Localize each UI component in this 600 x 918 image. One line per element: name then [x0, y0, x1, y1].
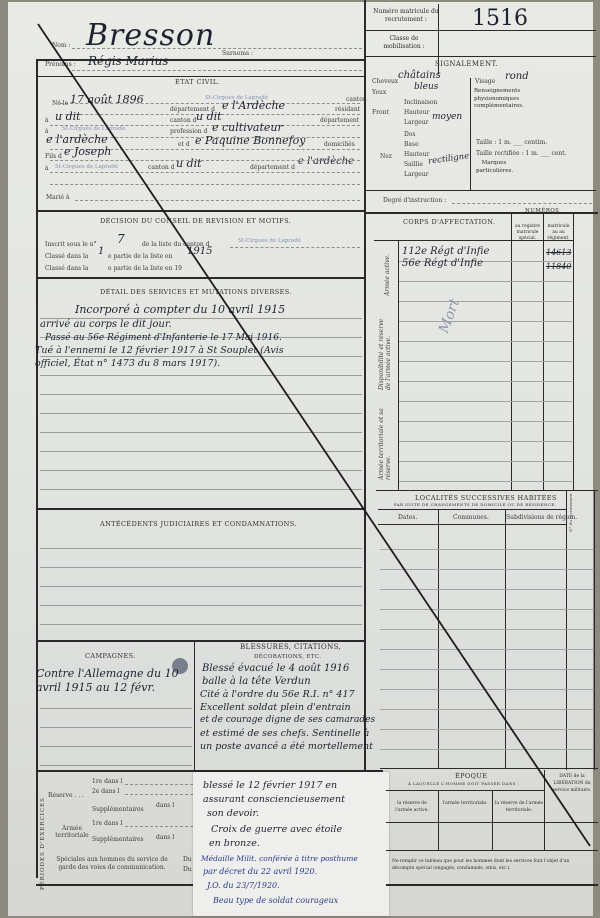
- canton-stamp: St-Cirgues de Lapradé: [238, 238, 301, 244]
- reserve-supp-dans: dans l: [156, 802, 174, 809]
- blessures-title: BLESSURES, CITATIONS,: [240, 643, 341, 651]
- service-line: Tué à l'ennemi le 12 février 1917 à St S…: [35, 345, 284, 356]
- affectation-title: CORPS D'AFFECTATION.: [403, 218, 495, 226]
- numeros-title: NUMÉROS: [525, 208, 559, 214]
- periodes-side-label: PÉRIODES D'EXERCICES: [40, 780, 46, 890]
- classe1-year: 1915: [187, 246, 212, 257]
- col-reserve-active: la réserve de l'armée active.: [388, 800, 436, 814]
- front-inclinaison: Inclinaison: [404, 99, 437, 106]
- ne-le-label: Né le: [52, 100, 68, 107]
- canton3-label: canton d: [148, 164, 174, 171]
- signalement-title: SIGNALEMENT.: [435, 60, 498, 68]
- etat-civil-title: ÉTAT CIVIL.: [175, 78, 220, 86]
- note-line: assurant consciencieusement: [203, 794, 345, 805]
- fils-label: Fils d: [45, 153, 62, 160]
- reserve-label: Réserve . . .: [48, 792, 84, 799]
- classe-label: Classe de mobilisation :: [372, 35, 436, 51]
- localites-subtitle: PAR SUITE DE CHANGEMENTS DE DOMICILE OU …: [394, 502, 556, 507]
- top-border: [36, 59, 364, 61]
- territoriale-label: Armée territoriale: [52, 825, 92, 839]
- affectation-corps: 112e Régt d'Infie: [402, 246, 489, 257]
- matricule-value: 1516: [472, 6, 528, 31]
- blessure-line: Blessé évacué le 4 août 1916: [202, 663, 349, 674]
- col-subdivisions: Subdivisions de région.: [506, 514, 577, 521]
- nez-saillie: Saillie: [404, 161, 423, 168]
- blessure-line: et estimé de ses chefs. Sentinelle à: [200, 728, 369, 739]
- nom-label: Nom :: [52, 42, 70, 49]
- classe1-label: Classé dans la: [45, 253, 88, 260]
- territoriale-supp-dans: dans l: [156, 834, 174, 841]
- profession-value: e cultivateur: [212, 121, 283, 134]
- mother-value: e Paquine Bonnefoy: [195, 134, 306, 147]
- residant-label: résidant: [335, 106, 360, 113]
- du-label-1: Du: [183, 856, 192, 863]
- yeux-label: Yeux: [372, 89, 386, 96]
- a-label: à: [45, 117, 49, 124]
- front-hauteur: Hauteur: [404, 109, 429, 116]
- localites-side-label: N° du recrutement: [568, 492, 573, 532]
- inscrit-value: 7: [117, 232, 125, 246]
- prenoms-value: Régis Marius: [88, 54, 169, 68]
- nez-label: Nez: [380, 153, 392, 160]
- note-line: Croix de guerre avec étoile: [211, 824, 342, 835]
- et-de-label: et d: [178, 141, 190, 148]
- front-label: Front: [372, 109, 389, 116]
- note-line: par décret du 22 avril 1920.: [203, 867, 317, 876]
- services-title: DÉTAIL DES SERVICES ET MUTATIONS DIVERSE…: [100, 288, 292, 296]
- nez-dos: Dos: [404, 131, 416, 138]
- visage-label: Visage: [475, 78, 495, 85]
- du-label-2: Du: [183, 866, 192, 873]
- note-line: en bronze.: [209, 838, 260, 849]
- territoriale-1: 1re dans l: [92, 820, 122, 827]
- localites-title: LOCALITÉS SUCCESSIVES HABITÉES: [415, 494, 557, 502]
- classe2-label: Classé dans la: [45, 265, 88, 272]
- campagnes-title: CAMPAGNES.: [85, 652, 136, 660]
- marie-label: Marié à: [46, 194, 70, 201]
- canton-label: canton: [346, 96, 367, 103]
- note-line: blessé le 12 février 1917 en: [203, 780, 337, 791]
- visage-value: rond: [505, 71, 529, 82]
- pasted-note: blessé le 12 février 1917 en assurant co…: [193, 772, 389, 916]
- affectation-matricule: 11840: [546, 262, 571, 271]
- decision-title: DÉCISION DU CONSEIL DE REVISION ET MOTIF…: [100, 217, 291, 225]
- cheveux-label: Cheveux: [372, 78, 398, 85]
- territoriale-side-label: Armée territoriale et sa réserve.: [378, 405, 394, 480]
- date-liberation-title: DATE de la LIBÉRATION du service militai…: [546, 773, 598, 794]
- service-line: arrivé au corps le dit jour.: [40, 319, 172, 330]
- nez-largeur: Largeur: [404, 171, 429, 178]
- domicilies-label: domiciliés: [324, 141, 355, 148]
- service-line: Passé au 56e Régiment d'Infanterie le 17…: [45, 333, 282, 343]
- canton3-value: u dit: [176, 157, 202, 170]
- affectation-matricule: 14613: [546, 248, 571, 257]
- prenoms-label: Prénoms :: [45, 61, 76, 68]
- territoriale-supp: Supplémentaires: [92, 836, 144, 843]
- reserve-1: 1re dans l: [92, 778, 122, 785]
- col-communes: Communes.: [453, 514, 489, 521]
- service-line: Incorporé à compter du 10 avril 1915: [75, 303, 285, 316]
- blessures-subtitle: DÉCORATIONS, ETC.: [254, 654, 321, 660]
- affectation-corps: 56e Régt d'Infie: [402, 258, 483, 269]
- blessure-line: balle à la tête Verdun: [202, 676, 311, 687]
- surnoms-label: Surnoms :: [222, 50, 253, 57]
- nez-hauteur: Hauteur: [404, 151, 429, 158]
- inscrit-label: Inscrit sous le n°: [45, 241, 97, 248]
- armee-active-label: Armée active.: [384, 246, 391, 296]
- col-dates: Dates.: [398, 514, 417, 521]
- front-largeur-value: moyen: [432, 112, 462, 122]
- reserve-2: 2e dans l: [92, 788, 119, 795]
- epoque-footnote: Ne remplir ce tableau que pour les homme…: [392, 858, 592, 872]
- departement3-value: e l'ardèche: [298, 156, 354, 167]
- nez-base: Base: [404, 141, 419, 148]
- blessure-line: Cité à l'ordre du 56e R.I. n° 417: [200, 689, 355, 700]
- epoque-title: ÉPOQUE: [455, 772, 487, 780]
- degre-label: Degré d'instruction :: [383, 197, 446, 204]
- antecedents-title: ANTÉCÉDENTS JUDICIAIRES ET CONDAMNATIONS…: [100, 520, 297, 528]
- matricule-label: Numéro matricule du recrutement :: [370, 8, 442, 24]
- residence-stamp: St-Cirgues de Lapradé: [62, 126, 125, 132]
- canton2-label: canton d: [170, 117, 196, 124]
- renseignements-label: Renseignements physionomiques complément…: [474, 88, 510, 111]
- classe2-suffix: e partie de la liste en 19: [108, 265, 182, 272]
- marques-label: Marques particulières.: [476, 160, 512, 175]
- classe1-suffix: e partie de la liste en: [108, 253, 172, 260]
- parents-stamp: St-Cirgues de Lapradé: [55, 164, 118, 170]
- note-line: Médaille Milit. conférée à titre posthum…: [201, 854, 358, 863]
- col-reserve-territoriale: la réserve de l'armée territoriale.: [494, 800, 544, 814]
- blessure-line: un poste avancé a été mortellement: [200, 741, 373, 752]
- note-line: son devoir.: [207, 808, 259, 819]
- speciales-label: Spéciales aux hommes du service de garde…: [48, 856, 176, 872]
- reserve-supp: Supplémentaires: [92, 806, 144, 813]
- departement2-label: département: [320, 117, 359, 124]
- birth-date-value: 17 août 1896: [70, 93, 144, 106]
- disponibilite-label: Disponibilité et réserve de l'armée acti…: [378, 310, 394, 390]
- campagne-line: Contre l'Allemagne du 10: [36, 667, 179, 680]
- service-line: officiel, État n° 1473 du 8 mars 1917).: [35, 358, 220, 369]
- epoque-subtitle: À LAQUELLE L'HOMME DOIT PASSER DANS :: [408, 781, 519, 786]
- blessure-line: Excellent soldat plein d'entrain: [200, 702, 351, 713]
- father-value: e Joseph: [64, 145, 111, 158]
- yeux-value: bleus: [414, 82, 438, 92]
- blessure-line: et de courage digne de ses camarades: [200, 715, 375, 725]
- taille-rectifiee-label: Taille rectifiée : 1 m. ___ cent.: [476, 150, 567, 157]
- col-territoriale: l'armée territoriale.: [440, 800, 490, 807]
- note-line: J.O. du 23/7/1920.: [207, 881, 280, 890]
- classe1-value: 1: [98, 246, 104, 257]
- taille-label: Taille : 1 m. ___ centim.: [476, 139, 547, 146]
- note-line: Beau type de soldat courageux: [213, 896, 338, 905]
- cheveux-value: châtains: [398, 70, 441, 81]
- departement3-label: département d: [250, 164, 295, 171]
- left-border: [36, 60, 38, 878]
- departement-value: e l'Ardèche: [222, 99, 285, 112]
- residant-value: u dit: [55, 110, 81, 123]
- front-largeur: Largeur: [404, 119, 429, 126]
